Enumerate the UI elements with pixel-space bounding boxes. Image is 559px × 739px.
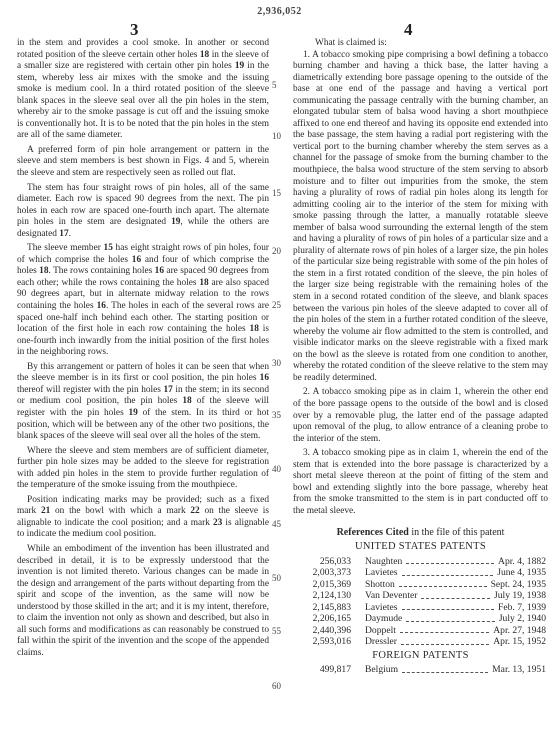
inventor-name: Doppelt bbox=[365, 625, 396, 637]
reference-numeral: 22 bbox=[190, 506, 199, 516]
reference-numeral: 17 bbox=[163, 385, 172, 395]
reference-numeral: 23 bbox=[213, 518, 222, 528]
patent-number: 2,206,165 bbox=[293, 613, 365, 625]
patent-number: 2,936,052 bbox=[0, 6, 559, 17]
column-number-right: 4 bbox=[404, 20, 413, 40]
description-column: in the stem and provides a cool smoke. I… bbox=[17, 38, 269, 662]
patent-reference-row: 2,206,165DaymudeJuly 2, 1940 bbox=[293, 613, 548, 625]
foreign-patents-heading: FOREIGN PATENTS bbox=[293, 650, 548, 662]
description-paragraph: While an embodiment of the invention has… bbox=[17, 544, 269, 659]
line-number: 35 bbox=[272, 410, 281, 420]
inventor-name: Daymude bbox=[365, 613, 402, 625]
dot-leader bbox=[402, 664, 488, 673]
patent-date: Apr. 4, 1882 bbox=[498, 556, 548, 568]
patent-reference-row: 2,145,883LavietesFeb. 7, 1939 bbox=[293, 602, 548, 614]
patent-number: 2,015,369 bbox=[293, 579, 365, 591]
dot-leader bbox=[406, 613, 495, 622]
reference-numeral: 21 bbox=[41, 506, 50, 516]
patent-reference-row: 2,015,369ShottonSept. 24, 1935 bbox=[293, 579, 548, 591]
inventor-name: Naughten bbox=[365, 556, 402, 568]
us-patents-list: 256,033NaughtenApr. 4, 18822,003,373Lavi… bbox=[293, 556, 548, 648]
patent-number: 2,145,883 bbox=[293, 602, 365, 614]
line-number: 30 bbox=[272, 358, 281, 368]
patent-reference-row: 2,003,373LavietesJune 4, 1935 bbox=[293, 567, 548, 579]
line-number: 45 bbox=[272, 519, 281, 529]
description-paragraph: The sleeve member 15 has eight straight … bbox=[17, 243, 269, 358]
reference-numeral: 18 bbox=[199, 278, 208, 288]
dot-leader bbox=[400, 625, 489, 634]
reference-numeral: 16 bbox=[155, 266, 164, 276]
patent-date: Mar. 13, 1951 bbox=[492, 664, 548, 676]
reference-numeral: 16 bbox=[132, 255, 141, 265]
inventor-name: Lavietes bbox=[365, 567, 398, 579]
patent-reference-row: 2,593,016DresslerApr. 15, 1952 bbox=[293, 636, 548, 648]
column-number-left: 3 bbox=[130, 20, 139, 40]
patent-number: 2,593,016 bbox=[293, 636, 365, 648]
dot-leader bbox=[401, 636, 489, 645]
claim-1: 1. A tobacco smoking pipe comprising a b… bbox=[293, 50, 548, 385]
reference-numeral: 17 bbox=[59, 229, 68, 239]
foreign-patents-list: 499,817BelgiumMar. 13, 1951 bbox=[293, 664, 548, 676]
description-paragraph: Where the sleeve and stem members are of… bbox=[17, 446, 269, 492]
claims-heading: What is claimed is: bbox=[293, 38, 548, 50]
dot-leader bbox=[402, 567, 494, 576]
reference-numeral: 15 bbox=[104, 243, 113, 253]
us-patents-heading: UNITED STATES PATENTS bbox=[293, 541, 548, 553]
patent-date: Apr. 15, 1952 bbox=[493, 636, 548, 648]
reference-numeral: 16 bbox=[97, 301, 106, 311]
claims-column: What is claimed is: 1. A tobacco smoking… bbox=[293, 38, 548, 676]
line-number: 25 bbox=[272, 300, 281, 310]
inventor-name: Van Deventer bbox=[365, 590, 417, 602]
patent-date: July 2, 1940 bbox=[499, 613, 548, 625]
claim-2: 2. A tobacco smoking pipe as in claim 1,… bbox=[293, 387, 548, 445]
reference-numeral: 19 bbox=[128, 408, 137, 418]
line-number: 5 bbox=[272, 80, 277, 90]
description-paragraph: A preferred form of pin hole arrangement… bbox=[17, 145, 269, 180]
line-number: 15 bbox=[272, 188, 281, 198]
line-number: 60 bbox=[272, 681, 281, 691]
description-paragraph: The stem has four straight rows of pin h… bbox=[17, 183, 269, 241]
reference-numeral: 18 bbox=[250, 324, 259, 334]
description-paragraph: By this arrangement or pattern of holes … bbox=[17, 362, 269, 443]
patent-number: 2,003,373 bbox=[293, 567, 365, 579]
line-number: 55 bbox=[272, 626, 281, 636]
patent-number: 2,440,396 bbox=[293, 625, 365, 637]
patent-reference-row: 2,124,130Van DeventerJuly 19, 1938 bbox=[293, 590, 548, 602]
patent-reference-row: 2,440,396DoppeltApr. 27, 1948 bbox=[293, 625, 548, 637]
patent-reference-row: 256,033NaughtenApr. 4, 1882 bbox=[293, 556, 548, 568]
reference-numeral: 19 bbox=[171, 217, 180, 227]
description-paragraph: Position indicating marks may be provide… bbox=[17, 495, 269, 541]
claim-3: 3. A tobacco smoking pipe as in claim 1,… bbox=[293, 448, 548, 517]
dot-leader bbox=[406, 556, 494, 565]
dot-leader bbox=[402, 602, 495, 611]
line-number: 20 bbox=[272, 246, 281, 256]
patent-date: July 19, 1938 bbox=[494, 590, 548, 602]
reference-numeral: 19 bbox=[235, 61, 244, 71]
inventor-name: Dressler bbox=[365, 636, 397, 648]
line-number: 40 bbox=[272, 464, 281, 474]
inventor-name: Lavietes bbox=[365, 602, 398, 614]
line-number: 50 bbox=[272, 573, 281, 583]
reference-numeral: 16 bbox=[260, 373, 269, 383]
patent-number: 2,124,130 bbox=[293, 590, 365, 602]
inventor-name: Shotton bbox=[365, 579, 395, 591]
patent-date: Apr. 27, 1948 bbox=[493, 625, 548, 637]
description-paragraph: in the stem and provides a cool smoke. I… bbox=[17, 38, 269, 142]
patent-number: 499,817 bbox=[293, 664, 365, 676]
dot-leader bbox=[421, 590, 490, 599]
dot-leader bbox=[399, 579, 487, 588]
line-number: 10 bbox=[272, 131, 281, 141]
patent-date: June 4, 1935 bbox=[497, 567, 548, 579]
patent-date: Feb. 7, 1939 bbox=[498, 602, 548, 614]
reference-numeral: 18 bbox=[200, 50, 209, 60]
inventor-name: Belgium bbox=[365, 664, 398, 676]
patent-date: Sept. 24, 1935 bbox=[491, 579, 548, 591]
reference-numeral: 18 bbox=[39, 266, 48, 276]
reference-numeral: 18 bbox=[182, 396, 191, 406]
references-title: References Cited in the file of this pat… bbox=[293, 527, 548, 539]
patent-reference-row: 499,817BelgiumMar. 13, 1951 bbox=[293, 664, 548, 676]
patent-number: 256,033 bbox=[293, 556, 365, 568]
